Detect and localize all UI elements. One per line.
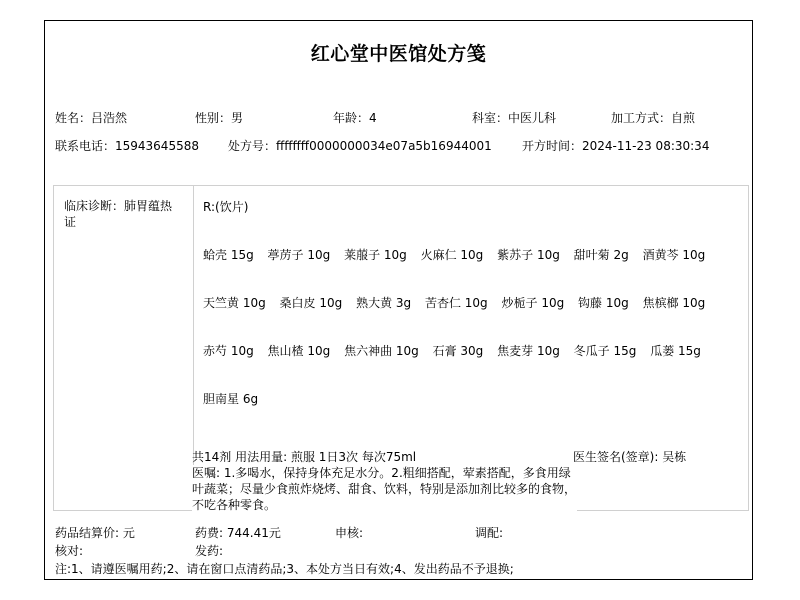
- herb-item: 桑白皮 10g: [280, 294, 343, 311]
- diagnosis: 临床诊断：肺胃蕴热证: [64, 199, 172, 229]
- herb-item: 酒黄芩 10g: [643, 246, 706, 263]
- herb-item: 天竺黄 10g: [203, 294, 266, 311]
- issue-label: 发药:: [195, 542, 223, 559]
- page-title: 红心堂中医馆处方笺: [45, 39, 752, 66]
- herb-item: 炒栀子 10g: [502, 294, 565, 311]
- herb-item: 莱菔子 10g: [344, 246, 407, 263]
- check-label: 核对:: [55, 542, 83, 559]
- herb-item: 瓜蒌 15g: [650, 342, 701, 359]
- herb-item: 紫苏子 10g: [497, 246, 560, 263]
- patient-info-row-1: 姓名：吕浩然 性别：男 年龄：4 科室：中医儿科 加工方式：自煎: [55, 109, 745, 125]
- herb-item: 钩藤 10g: [578, 294, 629, 311]
- herb-item: 火麻仁 10g: [421, 246, 484, 263]
- herb-line-2: 天竺黄 10g 桑白皮 10g 熟大黄 3g 苦杏仁 10g 炒栀子 10g 钩…: [203, 294, 715, 311]
- patient-info-row-2: 联系电话：15943645588 处方号：ffffffff0000000034e…: [55, 137, 745, 153]
- patient-age: 年龄：4: [333, 109, 377, 126]
- herb-item: 蛤壳 15g: [203, 246, 254, 263]
- herb-line-4: 胆南星 6g: [203, 390, 268, 407]
- herb-line-1: 蛤壳 15g 葶苈子 10g 莱菔子 10g 火麻仁 10g 紫苏子 10g 甜…: [203, 246, 715, 263]
- department: 科室：中医儿科: [472, 109, 556, 126]
- herb-line-3: 赤芍 10g 焦山楂 10g 焦六神曲 10g 石膏 30g 焦麦芽 10g 冬…: [203, 342, 711, 359]
- herb-item: 苦杏仁 10g: [425, 294, 488, 311]
- review-label: 申核:: [335, 524, 363, 541]
- herb-item: 冬瓜子 15g: [574, 342, 637, 359]
- herb-item: 赤芍 10g: [203, 342, 254, 359]
- diagnosis-cell: 临床诊断：肺胃蕴热证: [54, 186, 194, 510]
- herb-item: 胆南星 6g: [203, 390, 258, 407]
- usage-dosage: 共14剂 用法用量: 煎服 1日3次 每次75ml: [192, 448, 416, 465]
- herb-item: 焦山楂 10g: [268, 342, 331, 359]
- doctor-signature: 医生签名(签章): 吴栋: [573, 448, 686, 465]
- patient-name: 姓名：吕浩然: [55, 109, 127, 126]
- herb-item: 甜叶菊 2g: [574, 246, 629, 263]
- patient-phone: 联系电话：15943645588: [55, 137, 199, 154]
- rx-header: R:(饮片): [203, 198, 248, 215]
- drug-fee: 药费: 744.41元: [195, 524, 281, 541]
- herb-item: 焦槟榔 10g: [643, 294, 706, 311]
- patient-gender: 性别：男: [195, 109, 243, 126]
- herb-item: 石膏 30g: [433, 342, 484, 359]
- herb-item: 焦麦芽 10g: [497, 342, 560, 359]
- footer-note: 注:1、请遵医嘱用药;2、请在窗口点清药品;3、本处方当日有效;4、发出药品不予…: [55, 560, 745, 576]
- note-text: 注:1、请遵医嘱用药;2、请在窗口点清药品;3、本处方当日有效;4、发出药品不予…: [55, 560, 514, 577]
- prescription-number: 处方号：ffffffff0000000034e07a5b16944001: [228, 137, 492, 154]
- dispense-label: 调配:: [475, 524, 503, 541]
- prescription-page: 红心堂中医馆处方笺 姓名：吕浩然 性别：男 年龄：4 科室：中医儿科 加工方式：…: [44, 20, 753, 580]
- prescribed-time: 开方时间：2024-11-23 08:30:34: [522, 137, 709, 154]
- herb-item: 焦六神曲 10g: [344, 342, 419, 359]
- herb-item: 熟大黄 3g: [356, 294, 411, 311]
- settlement-price: 药品结算价: 元: [55, 524, 135, 541]
- footer-row-2: 核对: 发药:: [55, 542, 745, 558]
- medical-advice: 医嘱: 1.多喝水，保持身体充足水分。2.粗细搭配，荤素搭配，多食用绿叶蔬菜；尽…: [192, 465, 577, 513]
- footer-row-1: 药品结算价: 元 药费: 744.41元 申核: 调配:: [55, 524, 745, 540]
- herb-item: 葶苈子 10g: [268, 246, 331, 263]
- processing-method: 加工方式：自煎: [611, 109, 695, 126]
